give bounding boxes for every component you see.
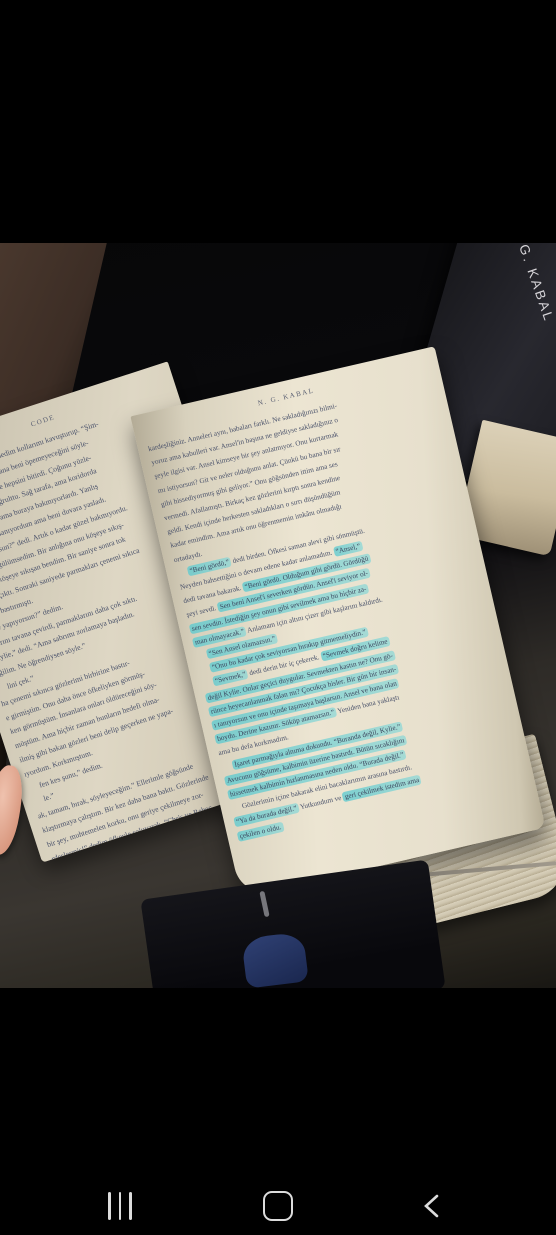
home-button[interactable] xyxy=(256,1184,300,1228)
recents-button[interactable] xyxy=(98,1184,142,1228)
back-button[interactable] xyxy=(410,1184,454,1228)
book-photo: N.G. KABAL CODE “Bu rahatsız edici,” ded… xyxy=(0,243,556,988)
background-book-spine-text: N.G. KABAL xyxy=(510,243,556,324)
recents-icon xyxy=(108,1192,132,1220)
android-navigation-bar xyxy=(0,988,556,1235)
phone-screenshot: N.G. KABAL CODE “Bu rahatsız edici,” ded… xyxy=(0,0,556,1235)
text-segment: le.” xyxy=(42,791,55,803)
home-icon xyxy=(263,1191,293,1221)
back-chevron-icon xyxy=(419,1192,445,1220)
